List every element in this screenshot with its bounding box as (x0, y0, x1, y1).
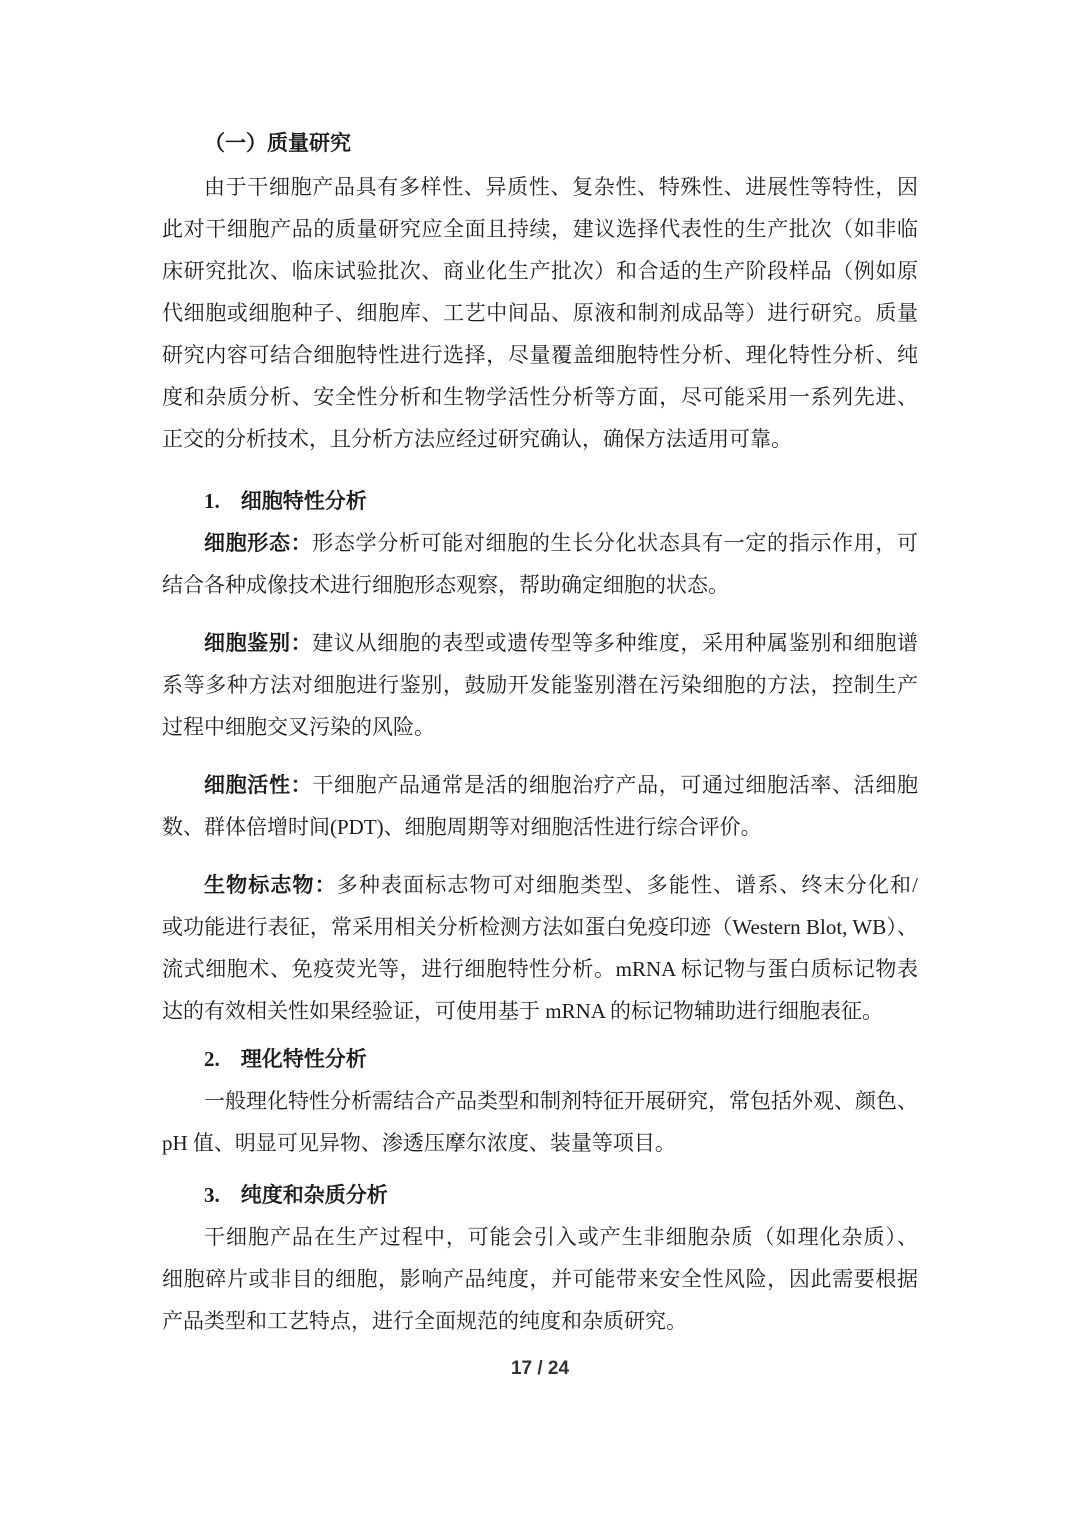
text-line: 床研究批次、临床试验批次、商业化生产批次）和合适的生产阶段样品（例如原 (162, 250, 918, 292)
paragraph-text: 多种表面标志物可对细胞类型、多能性、谱系、终末分化和/ (337, 873, 918, 897)
heading-cell-characteristics: 1. 细胞特性分析 (162, 480, 918, 522)
text-line: 细胞碎片或非目的细胞，影响产品纯度，并可能带来安全性风险，因此需要根据 (162, 1258, 918, 1300)
para-physicochemical: 一般理化特性分析需结合产品类型和制剂特征开展研究，常包括外观、颜色、 pH 值、… (162, 1080, 918, 1164)
para-biomarkers: 生物标志物：多种表面标志物可对细胞类型、多能性、谱系、终末分化和/ 或功能进行表… (162, 864, 918, 1032)
text-line: 达的有效相关性如果经验证，可使用基于 mRNA 的标记物辅助进行细胞表征。 (162, 990, 918, 1032)
heading-physicochemical-analysis: 2. 理化特性分析 (162, 1038, 918, 1080)
paragraph-label: 细胞活性： (204, 773, 312, 797)
para-cell-identification: 细胞鉴别：建议从细胞的表型或遗传型等多种维度，采用种属鉴别和细胞谱 系等多种方法… (162, 622, 918, 748)
text-line: 数、群体倍增时间(PDT)、细胞周期等对细胞活性进行综合评价。 (162, 806, 918, 848)
heading-purity-impurity-analysis: 3. 纯度和杂质分析 (162, 1174, 918, 1216)
text-line: 干细胞产品在生产过程中，可能会引入或产生非细胞杂质（如理化杂质）、 (162, 1216, 918, 1258)
text-line: 细胞形态：形态学分析可能对细胞的生长分化状态具有一定的指示作用，可 (162, 522, 918, 564)
text-line: 流式细胞术、免疫荧光等，进行细胞特性分析。mRNA 标记物与蛋白质标记物表 (162, 948, 918, 990)
page-number: 17 / 24 (0, 1358, 1080, 1380)
text-line: 细胞活性：干细胞产品通常是活的细胞治疗产品，可通过细胞活率、活细胞 (162, 764, 918, 806)
text-line: 度和杂质分析、安全性分析和生物学活性分析等方面，尽可能采用一系列先进、 (162, 376, 918, 418)
para-purity-impurity: 干细胞产品在生产过程中，可能会引入或产生非细胞杂质（如理化杂质）、 细胞碎片或非… (162, 1216, 918, 1342)
paragraph-text: 干细胞产品通常是活的细胞治疗产品，可通过细胞活率、活细胞 (312, 773, 918, 797)
document-content: （一）质量研究 由于干细胞产品具有多样性、异质性、复杂性、特殊性、进展性等特性，… (162, 122, 918, 1342)
paragraph-text: 形态学分析可能对细胞的生长分化状态具有一定的指示作用，可 (312, 531, 918, 555)
para-cell-morphology: 细胞形态：形态学分析可能对细胞的生长分化状态具有一定的指示作用，可 结合各种成像… (162, 522, 918, 606)
text-line: 研究内容可结合细胞特性进行选择，尽量覆盖细胞特性分析、理化特性分析、纯 (162, 334, 918, 376)
text-line: pH 值、明显可见异物、渗透压摩尔浓度、装量等项目。 (162, 1122, 918, 1164)
para-cell-viability: 细胞活性：干细胞产品通常是活的细胞治疗产品，可通过细胞活率、活细胞 数、群体倍增… (162, 764, 918, 848)
text-line: 产品类型和工艺特点，进行全面规范的纯度和杂质研究。 (162, 1300, 918, 1342)
paragraph-label: 细胞形态： (204, 531, 312, 555)
text-line: 生物标志物：多种表面标志物可对细胞类型、多能性、谱系、终末分化和/ (162, 864, 918, 906)
text-line: 或功能进行表征，常采用相关分析检测方法如蛋白免疫印迹（Western Blot,… (162, 906, 918, 948)
paragraph-label: 生物标志物： (204, 873, 337, 897)
text-line: 过程中细胞交叉污染的风险。 (162, 706, 918, 748)
text-line: 正交的分析技术，且分析方法应经过研究确认，确保方法适用可靠。 (162, 418, 918, 460)
text-line: 一般理化特性分析需结合产品类型和制剂特征开展研究，常包括外观、颜色、 (162, 1080, 918, 1122)
heading-quality-research: （一）质量研究 (162, 122, 918, 164)
paragraph-label: 细胞鉴别： (204, 631, 312, 655)
paragraph-text: 建议从细胞的表型或遗传型等多种维度，采用种属鉴别和细胞谱 (312, 631, 918, 655)
text-line: 结合各种成像技术进行细胞形态观察，帮助确定细胞的状态。 (162, 564, 918, 606)
text-line: 此对干细胞产品的质量研究应全面且持续，建议选择代表性的生产批次（如非临 (162, 208, 918, 250)
text-line: 由于干细胞产品具有多样性、异质性、复杂性、特殊性、进展性等特性，因 (162, 166, 918, 208)
para-intro: 由于干细胞产品具有多样性、异质性、复杂性、特殊性、进展性等特性，因 此对干细胞产… (162, 166, 918, 460)
text-line: 细胞鉴别：建议从细胞的表型或遗传型等多种维度，采用种属鉴别和细胞谱 (162, 622, 918, 664)
text-line: 系等多种方法对细胞进行鉴别，鼓励开发能鉴别潜在污染细胞的方法，控制生产 (162, 664, 918, 706)
text-line: 代细胞或细胞种子、细胞库、工艺中间品、原液和制剂成品等）进行研究。质量 (162, 292, 918, 334)
document-page: （一）质量研究 由于干细胞产品具有多样性、异质性、复杂性、特殊性、进展性等特性，… (0, 0, 1080, 1527)
